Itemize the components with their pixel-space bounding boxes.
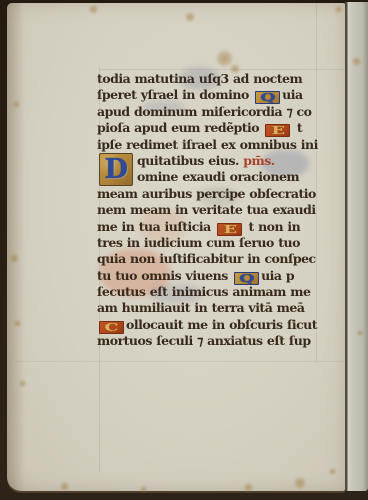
manuscript-photo: D todia matutina uſq3 ad noctemſperet yſ…: [0, 0, 368, 500]
manuscript-line: am humiliauit in terra vitā meā: [97, 300, 337, 316]
foxing-stain: [14, 320, 21, 327]
illuminated-initial-d: D: [99, 153, 133, 186]
latin-text: todia matutina uſq3 ad noctem: [97, 71, 302, 86]
manuscript-line: quitatibus eius. pm̄s.: [137, 153, 337, 169]
manuscript-line: quia non iuſtificabitur in conſpec: [97, 251, 337, 267]
latin-text: t non in: [244, 219, 300, 234]
rubric-text: pm̄s.: [243, 153, 274, 168]
manuscript-line: ipſe redimet iſrael ex omnibus ini: [97, 137, 337, 153]
latin-text: nem meam in veritate tua exaudi: [97, 202, 316, 217]
foxing-stain: [244, 483, 253, 492]
foxing-stain: [216, 50, 233, 67]
latin-text: ollocauit me in obſcuris ſicut: [126, 317, 317, 332]
latin-text: tres in iudicium cum ſeruo tuo: [97, 235, 300, 250]
illuminated-initial-e: E: [217, 223, 242, 236]
text-block: D todia matutina uſq3 ad noctemſperet yſ…: [97, 71, 337, 350]
latin-text: t: [292, 120, 302, 135]
illuminated-initial-c: C: [99, 321, 124, 334]
foxing-stain: [60, 482, 69, 491]
manuscript-line: nem meam in veritate tua exaudi: [97, 202, 337, 218]
latin-text: meam auribus percipe obſecratio: [97, 186, 316, 201]
foxing-stain: [89, 5, 98, 14]
manuscript-line: tres in iudicium cum ſeruo tuo: [97, 235, 337, 251]
manuscript-line: ſperet yſrael in domino Quia: [97, 87, 337, 103]
foxing-stain: [13, 101, 20, 108]
foxing-stain: [140, 486, 147, 493]
illuminated-initial-e: E: [265, 124, 290, 137]
foxing-stain: [335, 6, 342, 13]
latin-text: am humiliauit in terra vitā meā: [97, 300, 304, 315]
latin-text: ipſe redimet iſrael ex omnibus ini: [97, 137, 318, 152]
latin-text: apud dominum miſericordia ⁊ co: [97, 104, 311, 119]
latin-text: ſperet yſrael in domino: [97, 87, 253, 102]
manuscript-line: pioſa apud eum redẽptio E t: [97, 120, 337, 136]
initial-letter: Q: [239, 273, 254, 284]
ruling-line-horizontal-top: [99, 69, 345, 70]
fore-edge-of-leaves: [345, 2, 368, 491]
manuscript-line: apud dominum miſericordia ⁊ co: [97, 104, 337, 120]
manuscript-line: ſecutus eſt inimicus animam me: [97, 284, 337, 300]
latin-text: tu tuo omnis viuens: [97, 268, 232, 283]
gutter-shadow: [7, 3, 25, 491]
parchment-page: D todia matutina uſq3 ad noctemſperet yſ…: [7, 3, 345, 491]
latin-text: mortuos ſeculi ⁊ anxiatus eſt ſup: [97, 333, 311, 348]
initial-letter: E: [223, 224, 236, 235]
foxing-stain: [352, 57, 361, 66]
initial-letter: E: [272, 125, 285, 136]
foxing-stain: [329, 468, 336, 475]
illuminated-initial-q: Q: [255, 91, 280, 104]
latin-text: pioſa apud eum redẽptio: [97, 120, 263, 135]
latin-text: ſecutus eſt inimicus animam me: [97, 284, 310, 299]
manuscript-line: tu tuo omnis viuens Quia p: [97, 268, 337, 284]
manuscript-line: meam auribus percipe obſecratio: [97, 186, 337, 202]
manuscript-line: me in tua iuſticia E t non in: [97, 219, 337, 235]
initial-letter: D: [105, 156, 128, 183]
foxing-stain: [357, 330, 363, 336]
illuminated-initial-q: Q: [234, 272, 259, 285]
manuscript-line: omine exaudi oracionem: [137, 169, 337, 185]
latin-text: omine exaudi oracionem: [137, 169, 299, 184]
latin-text: me in tua iuſticia: [97, 219, 215, 234]
foxing-stain: [185, 12, 195, 22]
manuscript-line: todia matutina uſq3 ad noctem: [97, 71, 337, 87]
latin-text: quia non iuſtificabitur in conſpec: [97, 251, 316, 266]
initial-letter: C: [105, 322, 118, 333]
latin-text: quitatibus eius.: [137, 153, 243, 168]
latin-text: uia p: [261, 268, 294, 283]
manuscript-line: Collocauit me in obſcuris ſicut: [97, 317, 337, 333]
initial-letter: Q: [260, 92, 275, 103]
foxing-stain: [294, 477, 306, 489]
foxing-stain: [19, 380, 26, 387]
manuscript-line: mortuos ſeculi ⁊ anxiatus eſt ſup: [97, 333, 337, 349]
latin-text: uia: [282, 87, 302, 102]
foxing-stain: [10, 254, 19, 263]
ruling-line-horizontal-bottom: [15, 361, 345, 362]
